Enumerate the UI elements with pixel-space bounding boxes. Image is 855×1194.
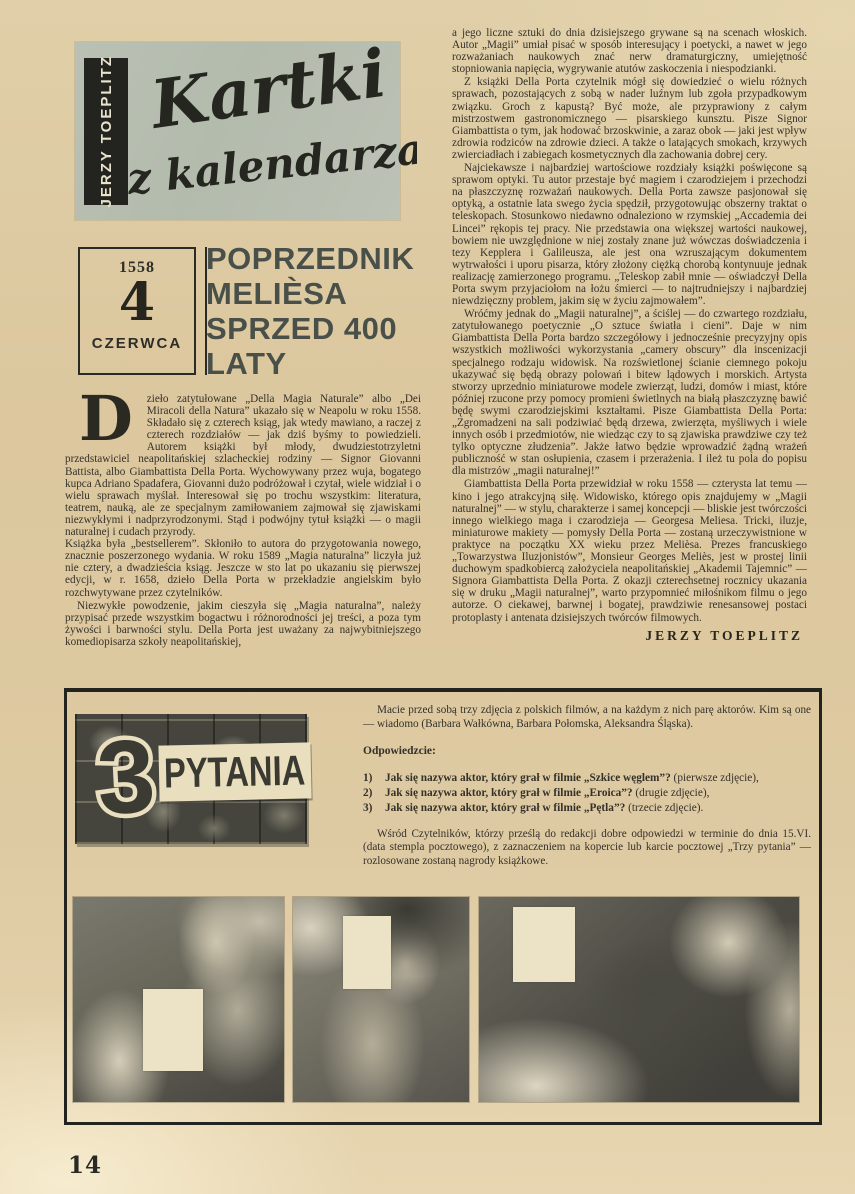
contest-box: 3 PYTANIA Macie przed sobą trzy zdjęcia … [64, 688, 822, 1125]
left-paragraphs: Książka była „bestsellerem”. Skłoniło to… [65, 538, 421, 648]
author-name-vertical: JERZY TOEPLITZ [98, 55, 115, 207]
contest-logo-word: PYTANIA [164, 747, 306, 798]
article-paragraph: Książka była „bestsellerem”. Skłoniło to… [65, 538, 421, 598]
face-cover-1 [143, 989, 203, 1071]
drop-cap: D [65, 393, 147, 443]
film-still-2 [293, 897, 469, 1102]
author-name-box: JERZY TOEPLITZ [84, 58, 128, 205]
contest-logo-number: 3 [94, 722, 158, 834]
article-paragraph: Niezwykłe powodzenie, jakim cieszyła się… [65, 600, 421, 648]
article-paragraph: Giambattista Della Porta przewidział w r… [452, 478, 807, 623]
magazine-page: JERZY TOEPLITZ Kartki z kalendarza 1558 … [0, 0, 855, 1194]
page-number: 14 [68, 1152, 102, 1179]
article-paragraph: Najciekawsze i najbardziej wartościowe r… [452, 162, 807, 307]
face-cover-2 [343, 916, 391, 989]
film-still-1 [73, 897, 284, 1102]
article-paragraph: a jego liczne sztuki do dnia dzisiejszeg… [452, 27, 807, 75]
contest-question: 2)Jak się nazywa aktor, który grał w fil… [363, 786, 811, 801]
header-banner: JERZY TOEPLITZ Kartki z kalendarza [75, 42, 400, 220]
contest-logo: 3 PYTANIA [75, 714, 307, 844]
article-right-column: a jego liczne sztuki do dnia dzisiejszeg… [452, 27, 807, 685]
calendar-box: 1558 4 CZERWCA [78, 247, 196, 375]
contest-answer-heading: Odpowiedzcie: [363, 745, 811, 759]
script-title: Kartki z kalendarza [127, 42, 417, 220]
contest-question: 1)Jak się nazywa aktor, który grał w fil… [363, 771, 811, 786]
contest-text: Macie przed sobą trzy zdjęcia z polskich… [363, 704, 811, 868]
contest-question: 3)Jak się nazywa aktor, który grał w fil… [363, 801, 811, 816]
contest-intro: Macie przed sobą trzy zdjęcia z polskich… [363, 704, 811, 731]
article-headline: POPRZEDNIK MELIÈSA SPRZED 400 LATY [206, 241, 436, 381]
right-paragraphs: a jego liczne sztuki do dnia dzisiejszeg… [452, 27, 807, 624]
article-paragraph: Z książki Della Porta czytelnik mógł się… [452, 76, 807, 161]
contest-questions: 1)Jak się nazywa aktor, który grał w fil… [363, 771, 811, 816]
contest-logo-band: PYTANIA [158, 742, 311, 801]
article-paragraph: Wróćmy jednak do „Magii naturalnej”, a ś… [452, 308, 807, 477]
article-paragraph: Dzieło zatytułowane „Della Magia Natural… [65, 393, 421, 538]
calendar-month: CZERWCA [80, 335, 194, 352]
author-signature: JERZY TOEPLITZ [452, 630, 807, 642]
contest-outro: Wśród Czytelników, którzy prześlą do red… [363, 828, 811, 869]
film-still-3 [479, 897, 799, 1102]
calendar-day: 4 [80, 277, 194, 329]
article-left-column: Dzieło zatytułowane „Della Magia Natural… [65, 393, 421, 685]
script-title-line1: Kartki [144, 42, 391, 144]
face-cover-3 [513, 907, 575, 982]
